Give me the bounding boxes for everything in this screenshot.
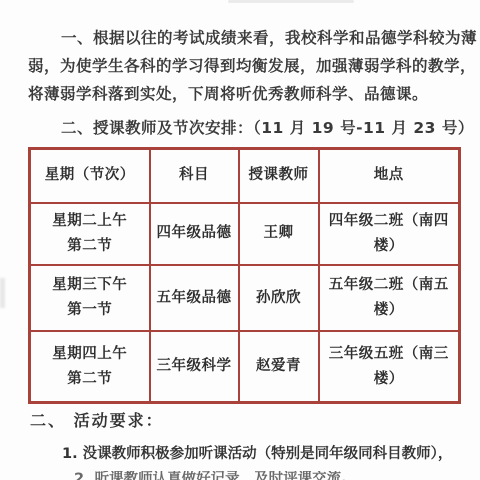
cell-subject: 四年级品德 xyxy=(150,203,239,265)
cell-location: 五年级二班（南五 楼） xyxy=(319,265,460,331)
cell-weekday: 星期二上午 第二节 xyxy=(30,203,150,265)
header-cell-location: 地点 xyxy=(319,149,460,203)
table-row: 星期三下午 第一节 五年级品德 孙欣欣 五年级二班（南五 楼） xyxy=(30,265,460,331)
header-cell-teacher: 授课教师 xyxy=(239,149,319,203)
intro-line-3: 将薄弱学科落到实处，下周将听优秀教师科学、品德课。 xyxy=(28,80,456,108)
cell-subject: 三年级科学 xyxy=(150,331,239,402)
requirements-section-heading: 二、 活动要求： xyxy=(30,408,164,434)
cell-teacher: 赵爱青 xyxy=(239,331,319,402)
intro-line-2: 弱，为使学生各科的学习得到均衡发展，加强薄弱学科的教学， xyxy=(28,52,456,80)
cell-teacher: 孙欣欣 xyxy=(239,265,319,331)
photo-crop-artifact-top xyxy=(228,0,354,3)
document-page: 一、根据以往的考试成绩来看，我校科学和品德学科较为薄 弱，为使学生各科的学习得到… xyxy=(0,0,480,480)
header-cell-weekday: 星期（节次） xyxy=(30,149,150,203)
schedule-table: 星期（节次） 科目 授课教师 地点 星期二上午 第二节 四年级品德 王卿 四年级… xyxy=(28,147,461,404)
schedule-section-heading: 二、授课教师及节次安排：（11 月 19 号-11 月 23 号） xyxy=(61,114,461,142)
cell-weekday: 星期四上午 第二节 xyxy=(30,331,150,402)
cell-teacher: 王卿 xyxy=(239,203,319,265)
cell-location: 四年级二班（南四 楼） xyxy=(319,203,460,265)
intro-paragraph: 一、根据以往的考试成绩来看，我校科学和品德学科较为薄 弱，为使学生各科的学习得到… xyxy=(28,24,456,108)
table-header-row: 星期（节次） 科目 授课教师 地点 xyxy=(30,149,460,203)
header-cell-subject: 科目 xyxy=(150,149,239,203)
table-row: 星期四上午 第二节 三年级科学 赵爱青 三年级五班（南三 楼） xyxy=(30,331,460,402)
intro-line-1: 一、根据以往的考试成绩来看，我校科学和品德学科较为薄 xyxy=(28,24,456,52)
cell-location: 三年级五班（南三 楼） xyxy=(319,331,460,402)
photo-crop-artifact-left xyxy=(0,278,5,308)
clipped-text-line: 2. 听课教师认真做好记录，及时评课交流。 xyxy=(74,471,454,480)
cell-subject: 五年级品德 xyxy=(150,265,239,331)
table-row: 星期二上午 第二节 四年级品德 王卿 四年级二班（南四 楼） xyxy=(30,203,460,265)
requirement-item-1: 1. 没课教师积极参加听课活动（特别是同年级同科目教师）， xyxy=(62,441,472,467)
cell-weekday: 星期三下午 第一节 xyxy=(30,265,150,331)
